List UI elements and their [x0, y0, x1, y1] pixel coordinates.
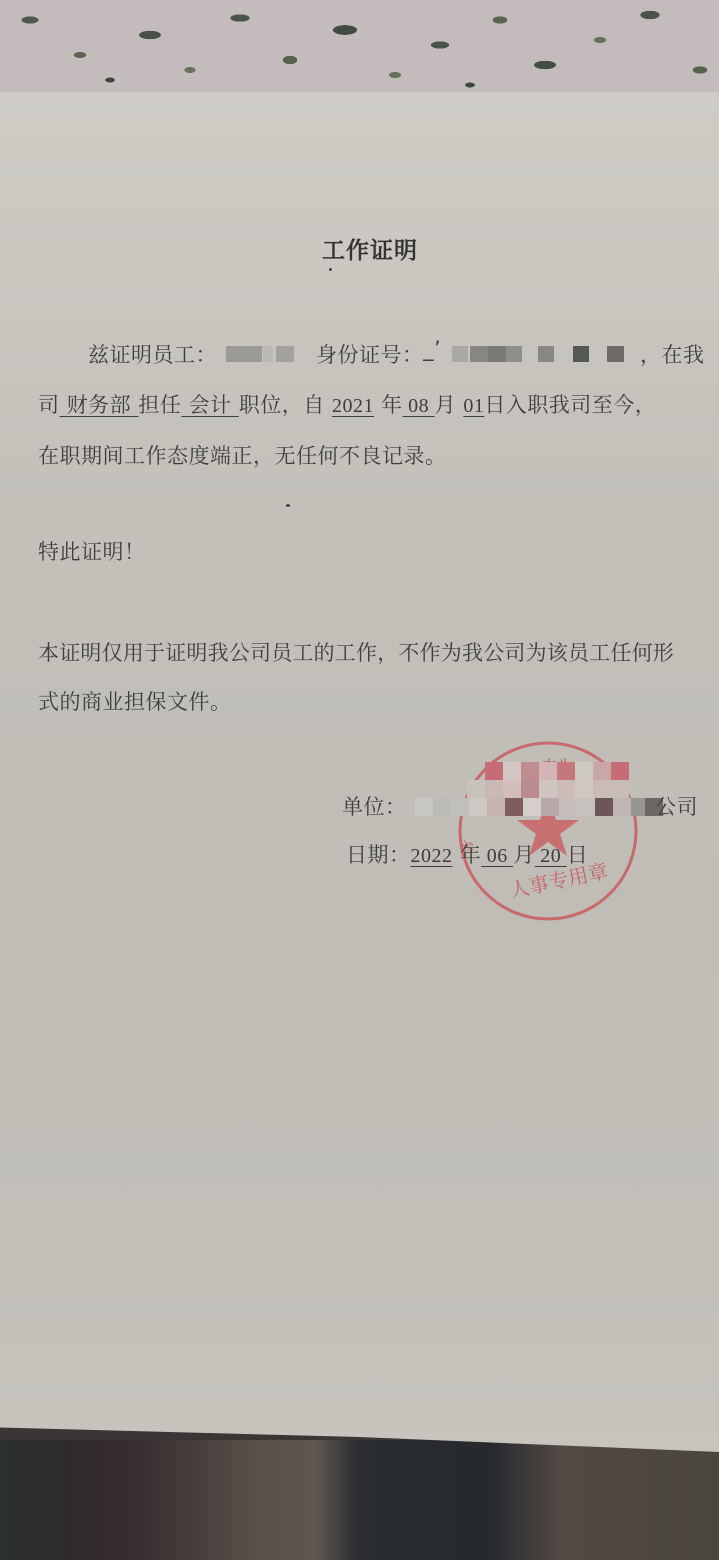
sign-month: 06: [481, 845, 513, 867]
month-label: 月: [435, 393, 457, 417]
start-year: 2021: [332, 395, 374, 417]
document-title: 工作证明: [322, 232, 418, 265]
department-value: 财务部: [60, 393, 139, 417]
closing-statement: 特此证明！: [38, 536, 146, 566]
paper-speck: [286, 504, 290, 507]
sign-day-text: 20: [540, 845, 561, 867]
unit-label: 单位：: [342, 791, 407, 821]
disclaimer-line2: 式的商业担保文件。: [38, 686, 232, 716]
sign-day-label: 日: [567, 843, 589, 867]
employee-name-redacted: [226, 344, 296, 364]
start-day: 01: [463, 395, 484, 417]
sign-month-text: 06: [487, 845, 508, 867]
sign-year: 2022: [411, 845, 453, 867]
line1-suffix: ，在我: [640, 339, 705, 369]
start-month: 08: [403, 395, 435, 417]
paper-speck: [329, 268, 332, 271]
position-text: 会计: [189, 393, 232, 417]
unit-suffix: 公司: [655, 791, 698, 821]
date-label: 日期：: [346, 843, 411, 867]
id-number-redacted: [452, 344, 632, 364]
signature-date: 日期：2022 年 06 月 20 日: [346, 839, 588, 869]
id-label: 身份证号：: [316, 339, 424, 369]
position-value: 会计: [181, 393, 238, 417]
id-underscore: _’: [423, 337, 441, 361]
disclaimer-line1: 本证明仅用于证明我公司员工的工作，不作为我公司为该员工任何形: [38, 637, 674, 667]
position-label: 职位，自: [239, 393, 325, 417]
paragraph1-line2: 司 财务部 担任 会计 职位，自 2021 年 08 月 01日入职我司至今，: [38, 389, 656, 419]
paragraph1-line1: 兹证明员工：: [88, 339, 217, 369]
year-label: 年: [381, 393, 403, 417]
employee-label: 兹证明员工：: [88, 343, 217, 367]
start-month-text: 08: [408, 395, 429, 417]
dark-surface-background: [0, 1440, 719, 1560]
camouflage-fabric-background: [0, 0, 719, 94]
department-text: 财务部: [67, 393, 132, 417]
day-label: 日入职我司至今，: [484, 393, 656, 417]
sign-month-label: 月: [513, 843, 535, 867]
sign-day: 20: [535, 845, 567, 867]
company-char: 司: [38, 393, 60, 417]
sign-year-label: 年: [460, 843, 482, 867]
photo-scene: 工作证明 兹证明员工： 身份证号： _’ ，在我 司 财务部 担任 会计 职位，…: [0, 0, 719, 1560]
unit-name-redacted: [415, 762, 660, 822]
paragraph1-line3: 在职期间工作态度端正，无任何不良记录。: [38, 440, 447, 470]
hold-label: 担任: [138, 393, 181, 417]
